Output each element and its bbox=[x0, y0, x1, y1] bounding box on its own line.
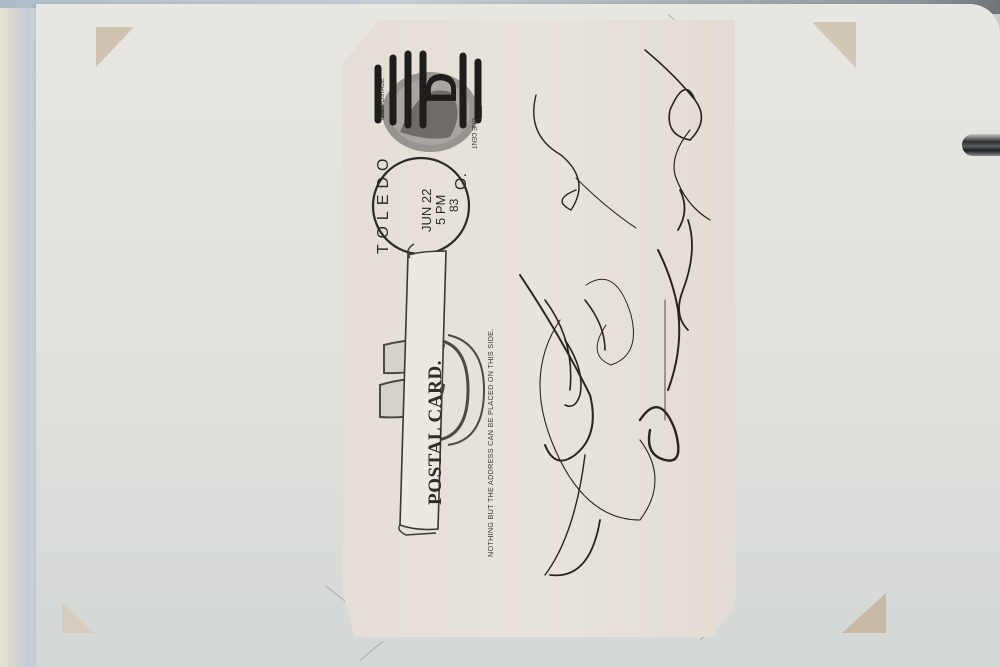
handwritten-address bbox=[520, 50, 710, 575]
address-notice: NOTHING BUT THE ADDRESS CAN BE PLACED ON… bbox=[486, 328, 495, 557]
postmark-date: JUN 22 bbox=[419, 189, 434, 232]
banner-postal-card: POSTAL CARD. bbox=[425, 360, 447, 505]
postmark-year: 83 bbox=[447, 198, 461, 212]
postmark-time: 5 PM bbox=[433, 195, 448, 225]
cancel-letter: D bbox=[417, 72, 466, 104]
stamp-right-text: ONE CENT bbox=[470, 118, 476, 149]
card-artwork: D TOLEDO JUN 22 5 PM 83 O. bbox=[0, 0, 1000, 667]
postmark-state: O. bbox=[453, 173, 470, 190]
postmark-city: TOLEDO bbox=[375, 153, 392, 255]
stamp-left-text: U.S. POSTAGE bbox=[380, 78, 386, 120]
